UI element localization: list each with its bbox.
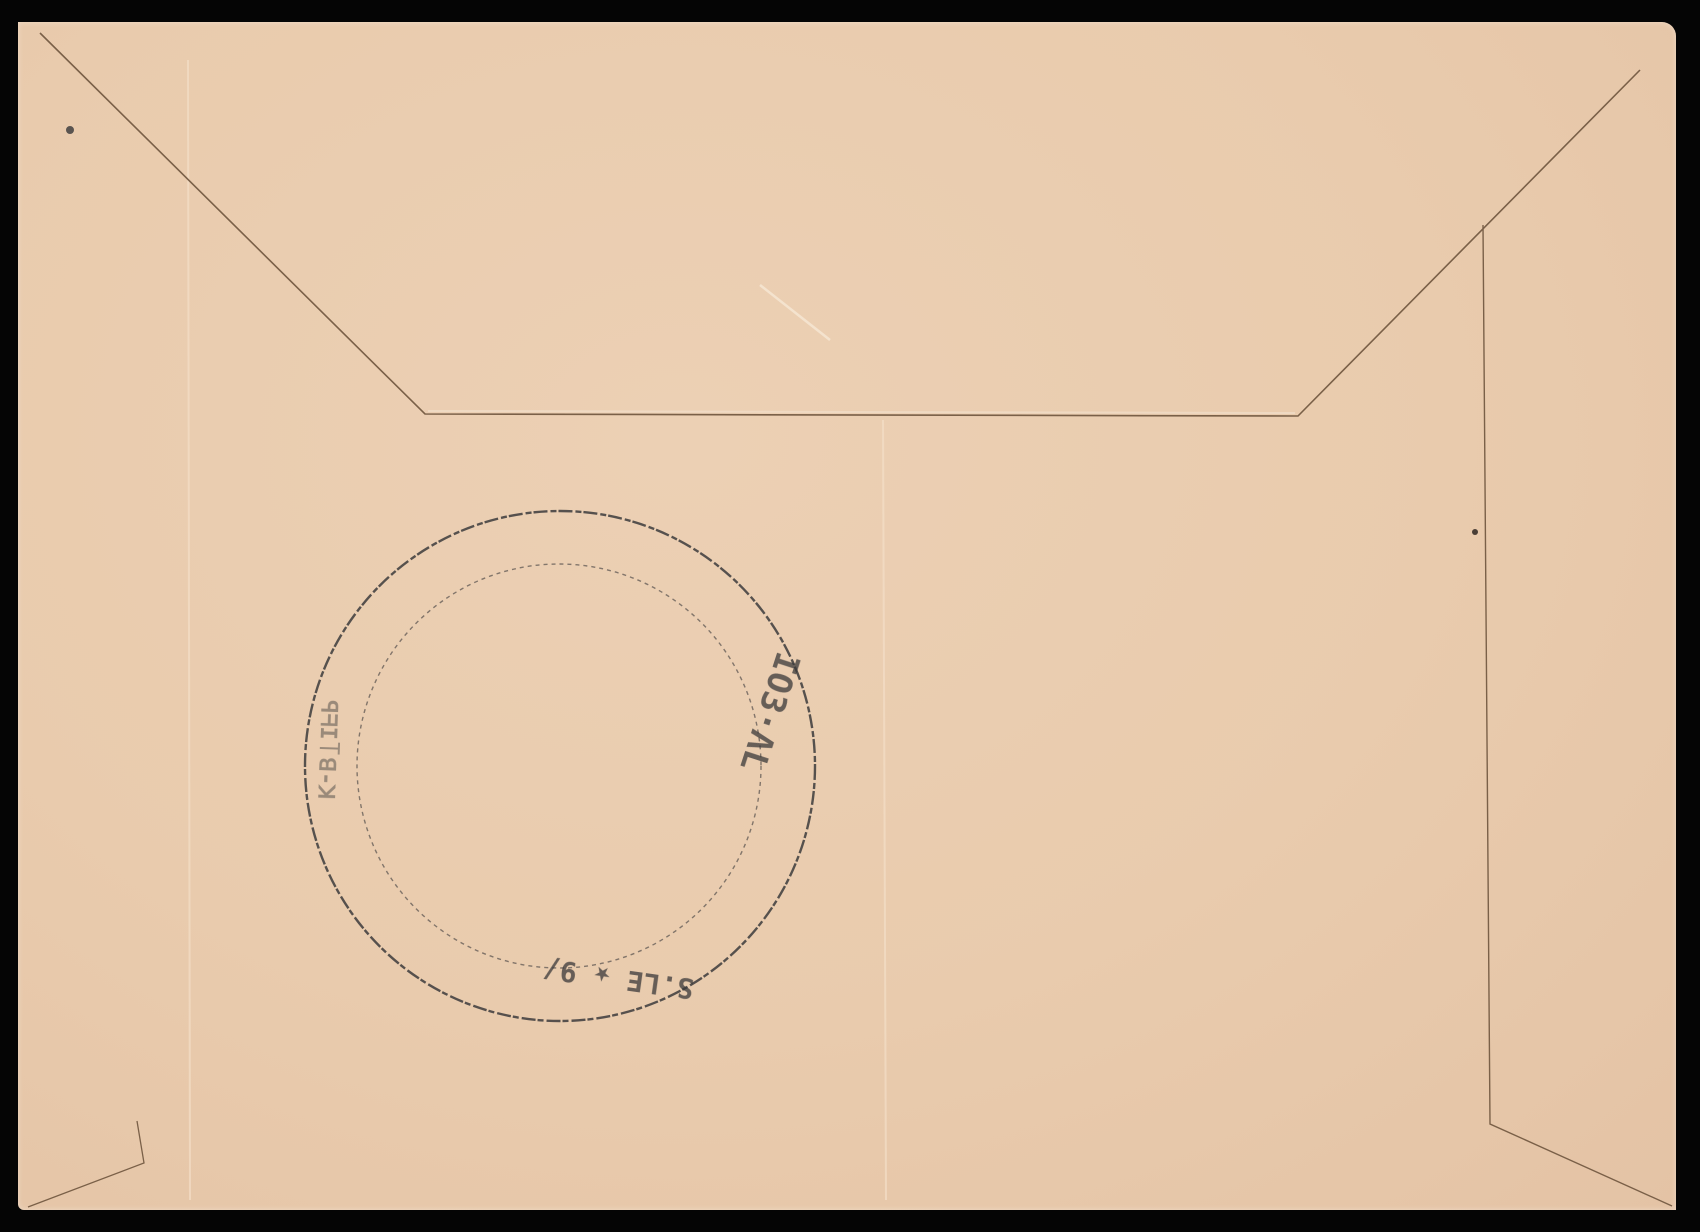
photo-background: IOЗ·ΛL S.LE ★ 9/ ꟼᖷI꓄ꓭ-ꓘ Back of a posta… [0,0,1700,1232]
top-flap-outline [40,33,1640,416]
left-flap-outline [28,1121,144,1207]
faint-creases [188,60,886,1200]
right-flap-outline [1483,225,1672,1206]
postmark-inner-ring [357,564,761,968]
top-flap-highlight [428,411,1295,413]
ink-spot [66,126,74,134]
scratch-mark [760,285,830,340]
envelope-markings: IOЗ·ΛL S.LE ★ 9/ ꟼᖷI꓄ꓭ-ꓘ [0,0,1700,1232]
postmark-text-bottom: S.LE ★ 9/ [541,952,696,1006]
postmark-text-top-right: IOЗ·ΛL [731,647,807,776]
postmark-text-left: ꟼᖷI꓄ꓭ-ꓘ [313,700,342,800]
ink-spot [1472,529,1478,535]
